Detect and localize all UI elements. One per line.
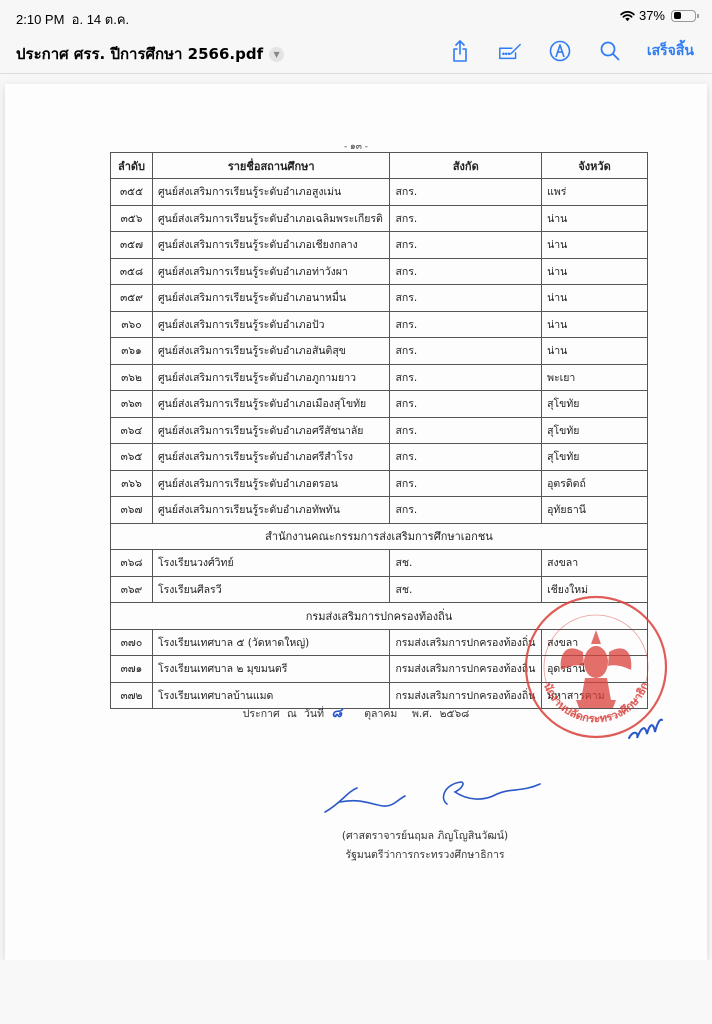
province: สุโขทัย — [542, 391, 648, 418]
row-number: ๓๕๗ — [111, 232, 153, 259]
handwritten-day: ๘ — [331, 705, 342, 721]
header-province: จังหวัด — [542, 153, 648, 179]
school-name: ศูนย์ส่งเสริมการเรียนรู้ระดับอำเภอทัพทัน — [152, 497, 389, 524]
done-button[interactable]: เสร็จสิ้น — [647, 40, 694, 62]
school-name: โรงเรียนเทศบาล ๕ (วัดหาดใหญ่) — [152, 629, 389, 656]
table-header-row: ลำดับ รายชื่อสถานศึกษา สังกัด จังหวัด — [111, 153, 648, 179]
pdf-toolbar: ประกาศ ศรร. ปีการศึกษา 2566.pdf ▼ — [0, 34, 712, 74]
row-number: ๓๗๐ — [111, 629, 153, 656]
school-name: ศูนย์ส่งเสริมการเรียนรู้ระดับอำเภอเชียงก… — [152, 232, 389, 259]
table-row: ๓๕๙ศูนย์ส่งเสริมการเรียนรู้ระดับอำเภอนาห… — [111, 285, 648, 312]
province: สงขลา — [542, 550, 648, 577]
province: น่าน — [542, 258, 648, 285]
province: น่าน — [542, 311, 648, 338]
row-number: ๓๖๒ — [111, 364, 153, 391]
affiliation: สกร. — [390, 285, 542, 312]
table-row: ๓๖๔ศูนย์ส่งเสริมการเรียนรู้ระดับอำเภอศรี… — [111, 417, 648, 444]
page-number: - ๑๓ - — [5, 139, 707, 153]
province: น่าน — [542, 338, 648, 365]
school-name: ศูนย์ส่งเสริมการเรียนรู้ระดับอำเภอภูกามย… — [152, 364, 389, 391]
school-name: ศูนย์ส่งเสริมการเรียนรู้ระดับอำเภอเมืองส… — [152, 391, 389, 418]
battery-percent: 37% — [639, 8, 665, 23]
table-row: ๓๖๙โรงเรียนศีลรวีสช.เชียงใหม่ — [111, 576, 648, 603]
table-row: ๓๖๕ศูนย์ส่งเสริมการเรียนรู้ระดับอำเภอศรี… — [111, 444, 648, 471]
affiliation: กรมส่งเสริมการปกครองท้องถิ่น — [390, 656, 542, 683]
signature-field-icon[interactable] — [497, 38, 523, 64]
header-order: ลำดับ — [111, 153, 153, 179]
province: แพร่ — [542, 179, 648, 206]
table-row: ๓๖๑ศูนย์ส่งเสริมการเรียนรู้ระดับอำเภอสัน… — [111, 338, 648, 365]
affiliation: สกร. — [390, 497, 542, 524]
section-title: กรมส่งเสริมการปกครองท้องถิ่น — [111, 603, 648, 630]
province: สุโขทัย — [542, 417, 648, 444]
signer-title: รัฐมนตรีว่าการกระทรวงศึกษาธิการ — [305, 846, 545, 863]
affiliation: กรมส่งเสริมการปกครองท้องถิ่น — [390, 629, 542, 656]
province: น่าน — [542, 205, 648, 232]
search-icon[interactable] — [597, 38, 623, 64]
province: เชียงใหม่ — [542, 576, 648, 603]
table-row: ๓๖๐ศูนย์ส่งเสริมการเรียนรู้ระดับอำเภอปัว… — [111, 311, 648, 338]
province: น่าน — [542, 232, 648, 259]
table-row: ๓๗๐โรงเรียนเทศบาล ๕ (วัดหาดใหญ่)กรมส่งเส… — [111, 629, 648, 656]
table-row: ๓๖๖ศูนย์ส่งเสริมการเรียนรู้ระดับอำเภอตรอ… — [111, 470, 648, 497]
province: สุโขทัย — [542, 444, 648, 471]
row-number: ๓๖๙ — [111, 576, 153, 603]
row-number: ๓๗๑ — [111, 656, 153, 683]
table-row: ๓๗๑โรงเรียนเทศบาล ๒ มุขมนตรีกรมส่งเสริมก… — [111, 656, 648, 683]
affiliation: สช. — [390, 576, 542, 603]
school-list-table: ลำดับ รายชื่อสถานศึกษา สังกัด จังหวัด ๓๕… — [110, 152, 648, 709]
row-number: ๓๖๕ — [111, 444, 153, 471]
school-name: ศูนย์ส่งเสริมการเรียนรู้ระดับอำเภอปัว — [152, 311, 389, 338]
affiliation: สกร. — [390, 444, 542, 471]
header-affiliation: สังกัด — [390, 153, 542, 179]
affiliation: สกร. — [390, 179, 542, 206]
affiliation: สกร. — [390, 391, 542, 418]
affiliation: สกร. — [390, 258, 542, 285]
row-number: ๓๖๖ — [111, 470, 153, 497]
province: อุตรดิตถ์ — [542, 470, 648, 497]
table-row: ๓๖๘โรงเรียนวงศ์วิทย์สช.สงขลา — [111, 550, 648, 577]
affiliation: สกร. — [390, 205, 542, 232]
province: สงขลา — [542, 629, 648, 656]
table-row: ๓๖๒ศูนย์ส่งเสริมการเรียนรู้ระดับอำเภอภูก… — [111, 364, 648, 391]
affiliation: สช. — [390, 550, 542, 577]
province: อุดรธานี — [542, 656, 648, 683]
section-title: สำนักงานคณะกรรมการส่งเสริมการศึกษาเอกชน — [111, 523, 648, 550]
school-name: ศูนย์ส่งเสริมการเรียนรู้ระดับอำเภอสันติส… — [152, 338, 389, 365]
table-row: ๓๕๘ศูนย์ส่งเสริมการเรียนรู้ระดับอำเภอท่า… — [111, 258, 648, 285]
affiliation: สกร. — [390, 470, 542, 497]
school-name: ศูนย์ส่งเสริมการเรียนรู้ระดับอำเภอเฉลิมพ… — [152, 205, 389, 232]
table-section-row: กรมส่งเสริมการปกครองท้องถิ่น — [111, 603, 648, 630]
table-row: ๓๕๕ศูนย์ส่งเสริมการเรียนรู้ระดับอำเภอสูง… — [111, 179, 648, 206]
row-number: ๓๕๖ — [111, 205, 153, 232]
status-indicators: 37% — [620, 8, 696, 23]
row-number: ๓๖๗ — [111, 497, 153, 524]
document-title-menu[interactable]: ประกาศ ศรร. ปีการศึกษา 2566.pdf ▼ — [16, 42, 284, 66]
pdf-page[interactable]: - ๑๓ - ลำดับ รายชื่อสถานศึกษา สังกัด จัง… — [5, 84, 707, 960]
share-icon[interactable] — [447, 38, 473, 64]
signature — [305, 774, 565, 818]
school-name: ศูนย์ส่งเสริมการเรียนรู้ระดับอำเภอท่าวัง… — [152, 258, 389, 285]
announcement-date: ประกาศ ณ วันที่ ๘ ตุลาคม พ.ศ. ๒๕๖๘ — [5, 702, 707, 724]
battery-level — [674, 12, 681, 19]
row-number: ๓๖๓ — [111, 391, 153, 418]
row-number: ๓๖๑ — [111, 338, 153, 365]
affiliation: สกร. — [390, 311, 542, 338]
table-row: ๓๖๗ศูนย์ส่งเสริมการเรียนรู้ระดับอำเภอทัพ… — [111, 497, 648, 524]
school-name: ศูนย์ส่งเสริมการเรียนรู้ระดับอำเภอศรีสัช… — [152, 417, 389, 444]
school-name: โรงเรียนวงศ์วิทย์ — [152, 550, 389, 577]
row-number: ๓๖๘ — [111, 550, 153, 577]
school-name: โรงเรียนศีลรวี — [152, 576, 389, 603]
affiliation: สกร. — [390, 338, 542, 365]
markup-pen-icon[interactable] — [547, 38, 573, 64]
chevron-down-icon[interactable]: ▼ — [269, 47, 284, 62]
affiliation: สกร. — [390, 232, 542, 259]
row-number: ๓๕๘ — [111, 258, 153, 285]
school-name: โรงเรียนเทศบาล ๒ มุขมนตรี — [152, 656, 389, 683]
viewer-background — [0, 960, 712, 1024]
header-school-name: รายชื่อสถานศึกษา — [152, 153, 389, 179]
status-time: 2:10 PM อ. 14 ต.ค. — [16, 9, 129, 30]
province: พะเยา — [542, 364, 648, 391]
battery-icon — [671, 10, 696, 22]
affiliation: สกร. — [390, 417, 542, 444]
row-number: ๓๕๙ — [111, 285, 153, 312]
province: น่าน — [542, 285, 648, 312]
document-title: ประกาศ ศรร. ปีการศึกษา 2566.pdf — [16, 42, 263, 66]
row-number: ๓๕๕ — [111, 179, 153, 206]
province: อุทัยธานี — [542, 497, 648, 524]
wifi-icon — [620, 10, 635, 22]
row-number: ๓๖๔ — [111, 417, 153, 444]
affiliation: สกร. — [390, 364, 542, 391]
school-name: ศูนย์ส่งเสริมการเรียนรู้ระดับอำเภอนาหมื่… — [152, 285, 389, 312]
table-section-row: สำนักงานคณะกรรมการส่งเสริมการศึกษาเอกชน — [111, 523, 648, 550]
status-bar: 2:10 PM อ. 14 ต.ค. 37% — [0, 0, 712, 34]
table-row: ๓๕๖ศูนย์ส่งเสริมการเรียนรู้ระดับอำเภอเฉล… — [111, 205, 648, 232]
school-name: ศูนย์ส่งเสริมการเรียนรู้ระดับอำเภอศรีสำโ… — [152, 444, 389, 471]
table-row: ๓๖๓ศูนย์ส่งเสริมการเรียนรู้ระดับอำเภอเมื… — [111, 391, 648, 418]
signer-name: (ศาสตราจารย์นฤมล ภิญโญสินวัฒน์) — [305, 827, 545, 844]
table-row: ๓๕๗ศูนย์ส่งเสริมการเรียนรู้ระดับอำเภอเชี… — [111, 232, 648, 259]
row-number: ๓๖๐ — [111, 311, 153, 338]
school-name: ศูนย์ส่งเสริมการเรียนรู้ระดับอำเภอตรอน — [152, 470, 389, 497]
school-name: ศูนย์ส่งเสริมการเรียนรู้ระดับอำเภอสูงเม่… — [152, 179, 389, 206]
